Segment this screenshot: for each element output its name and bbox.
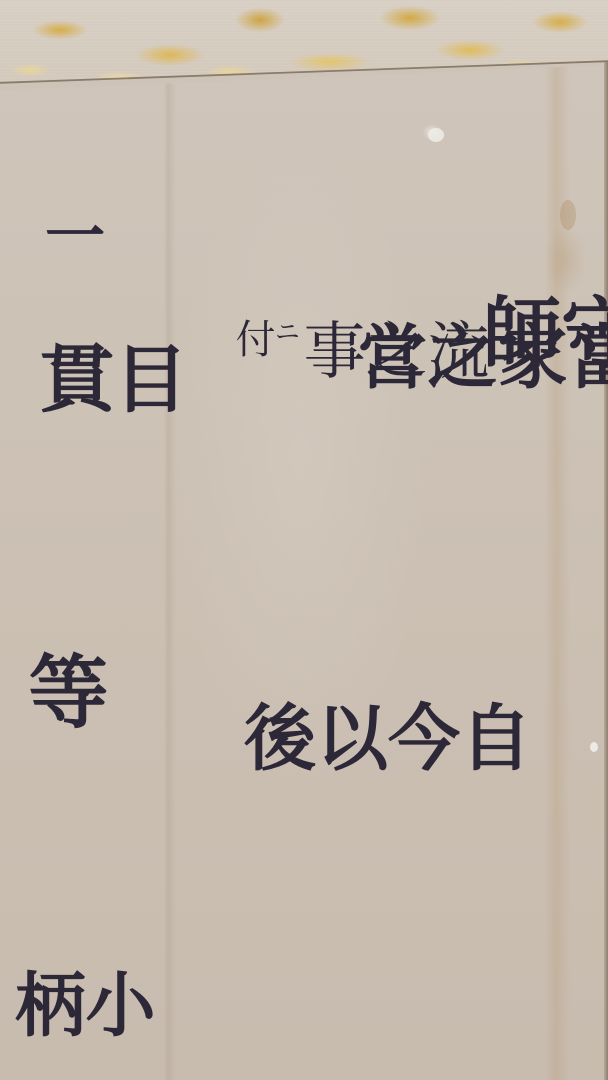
calligraphy-glyph: 自 [454, 700, 526, 772]
calligraphy-glyph: 等 [22, 650, 102, 730]
calligraphy-item-mark: 一 [40, 204, 100, 278]
calligraphy-glyph: 貫 [34, 340, 108, 414]
calligraphy-glyph: 之 [360, 318, 422, 380]
scroll-paper-edge [604, 60, 608, 1080]
scroll-photograph: 右 者 先 祖 村 上 山 城 守 師 被 用 候 以 来 當 家 之 営 流 … [0, 0, 608, 1080]
calligraphy-glyph: 目 [108, 340, 182, 414]
calligraphy-glyph: 一 [40, 204, 100, 264]
calligraphy-glyph: 事 [298, 318, 360, 380]
paper-stain [560, 200, 576, 230]
calligraphy-glyph: 以 [310, 700, 382, 772]
calligraphy-column-4-tail: 小 柄 [10, 968, 150, 1052]
calligraphy-glyph: 家 [492, 320, 562, 390]
calligraphy-column-3-upper: 流 之 事 ニ 付 [232, 318, 484, 386]
calligraphy-glyph: 後 [238, 700, 310, 772]
calligraphy-glyph: 今 [382, 700, 454, 772]
calligraphy-item-name: 目 貫 [34, 340, 182, 428]
calligraphy-glyph: 小 [80, 968, 150, 1038]
paper-wear-spot [428, 128, 444, 142]
paper-wear-spot [590, 742, 598, 752]
calligraphy-column-3-lower: 自 今 以 後 [238, 700, 526, 786]
calligraphy-glyph: 付 [232, 318, 272, 380]
calligraphy-item-suffix: 等 [22, 650, 102, 744]
calligraphy-glyph: 流 [422, 318, 484, 380]
calligraphy-glyph: 柄 [10, 968, 80, 1038]
